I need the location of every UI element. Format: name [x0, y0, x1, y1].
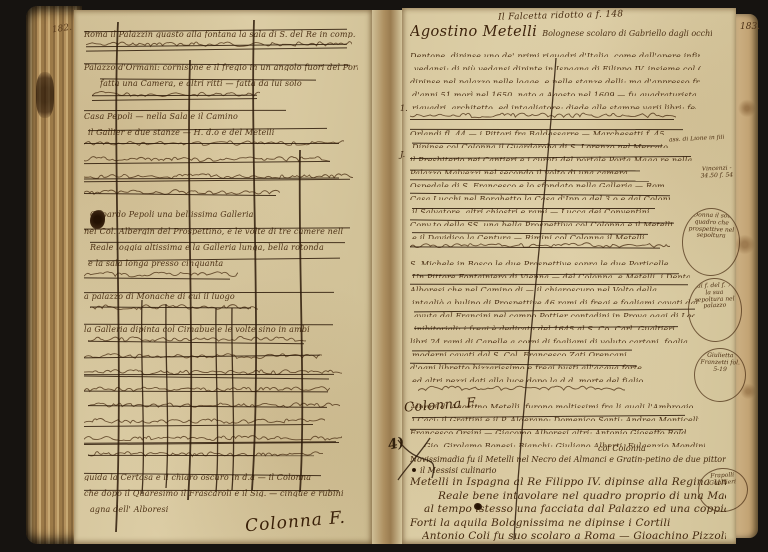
manuscript-line: ed altri pezzi dati alla luce dopo la d.… — [412, 369, 661, 382]
col-colonna-note: col Colonna — [598, 444, 646, 453]
manuscript-line — [410, 109, 676, 122]
manuscript-line: a palazzo di Monache di cui il luogo — [84, 284, 347, 300]
manuscript-line — [84, 383, 330, 399]
manuscript-line: che dopo il Quaresimo il Frascaroli e il… — [84, 481, 353, 497]
bottom-note-line: Novissimadia fu il Metelli nel Necro dei… — [410, 454, 726, 465]
bottom-note-line: Reale bene intavolare nel quadro proprio… — [438, 490, 726, 504]
strike-through-line — [84, 292, 334, 294]
illegible-script-scribble — [88, 448, 323, 459]
strike-through-line — [84, 143, 339, 144]
book-gutter — [372, 10, 402, 544]
manuscript-line: fatta una Camera, e altri ritti — fatta … — [100, 71, 330, 87]
bottom-note-line: Antonio Coli fu suo scolaro a Roma — Gio… — [422, 530, 726, 544]
manuscript-line — [84, 137, 344, 153]
manuscript-line — [88, 399, 340, 415]
left-page: 182. Roma il Palazzin guasto alla fontan… — [74, 10, 372, 544]
manuscript-line — [84, 153, 330, 169]
manuscript-line: Orlandi fl. 44 — i Pittori fra Baldassar… — [410, 122, 691, 135]
manuscript-line: Conv.to della SS. una bella Prospettiva … — [410, 213, 682, 226]
book-right-edge — [736, 14, 758, 538]
ink-dot — [412, 468, 416, 472]
manuscript-photo: 182. Roma il Palazzin guasto alla fontan… — [0, 0, 768, 552]
manuscript-line: il Salvatore, altri chiostri e rami — Lu… — [412, 200, 655, 213]
manuscript-line: S. Michele in Bosco le due Prospettive s… — [410, 252, 676, 265]
manuscript-line: Palazzo d'Ormani: cornisone e il fregio … — [84, 55, 358, 71]
manuscript-line: Casa Lucchi nel Borghetto la Casa d'Ipp.… — [410, 187, 670, 200]
line-number-mark: J. — [400, 150, 405, 159]
manuscript-line: Ospedale di S. Francesco e lo sfondato n… — [410, 174, 665, 187]
illegible-script-scribble — [92, 88, 260, 99]
manuscript-line: riquadri, architetto, ed intagliatore; d… — [412, 96, 696, 109]
manuscript-line: e il Davidico la Centura — Rimini col Co… — [412, 226, 661, 239]
ink-stain-fore-edge — [36, 72, 54, 118]
manuscript-line — [84, 350, 322, 366]
manuscript-line: Un Pittore Fontainiero di Vienna — del C… — [412, 265, 690, 278]
manuscript-line: Odoardo Pepoli una bellissima Galleria — [90, 202, 264, 218]
manuscript-line: Dentone, dipinse uno de' primi riquadri … — [410, 44, 700, 57]
manuscript-line: il Presbiterio nei Cantieri e i curati d… — [410, 148, 694, 161]
right-page: Il Falcetta ridotto a f. 148 Agostino Me… — [402, 8, 736, 544]
manuscript-line — [84, 170, 353, 186]
manuscript-line: libri 24 rami di Capelle a corni di fogl… — [410, 330, 688, 343]
right-page-heading-row: Agostino MetelliBolognese scolaro di Gab… — [410, 21, 712, 40]
manuscript-line: Dipinse col Colonna il Guardaroba di S. … — [412, 135, 672, 148]
left-page-lines: Roma il Palazzin guasto alla fontana la … — [84, 22, 364, 514]
manuscript-line: vedansi; di più vedansi dipinte in Ispag… — [414, 57, 701, 70]
manuscript-line: Casa Pepoli — nella Sala e il Camino — [84, 104, 294, 120]
manuscript-line — [84, 415, 325, 431]
manuscript-line — [92, 88, 260, 104]
ink-blot — [90, 210, 105, 229]
manuscript-line: moderni cavati dal S. Col. Francesco Zat… — [412, 343, 637, 356]
bottom-note-line: Metelli in Ispagna al Re Filippo IV. dip… — [410, 476, 726, 490]
manuscript-line: Palazzo Malvezzi nel secondo il volto di… — [410, 161, 647, 174]
manuscript-line: d'ogni libretto bizzarissimo e fregi bus… — [410, 356, 647, 369]
manuscript-line — [84, 186, 280, 202]
right-corner-folio-number: 183. — [740, 22, 760, 32]
manuscript-line: dipinse nel palazzo nelle logge, e nelle… — [410, 70, 700, 83]
manuscript-line: Alboresi che nel Camino di — il chiarosc… — [410, 278, 694, 291]
bottom-note-line: il Messisi culinario — [420, 465, 726, 476]
strike-through-line — [84, 489, 339, 491]
manuscript-line — [86, 38, 352, 54]
manuscript-line: Roma il Palazzin guasto alla fontana la … — [84, 22, 356, 38]
illegible-script-scribble — [418, 382, 625, 393]
manuscript-line — [84, 432, 342, 448]
manuscript-line — [84, 366, 342, 382]
right-page-bottom-block: Novissimadia fu il Metelli nel Necro dei… — [410, 454, 726, 544]
page-heading: Agostino Metelli — [410, 24, 537, 40]
manuscript-line — [88, 333, 306, 349]
manuscript-line — [90, 301, 258, 317]
margin-mark: 4) — [387, 434, 406, 453]
manuscript-line — [88, 448, 323, 464]
manuscript-line: guida la Certosa e il chiaro oscuro in d… — [84, 465, 336, 481]
manuscript-line — [410, 239, 670, 252]
bottom-note-line: Forti la aquila Bolognissima ne dipinse … — [410, 517, 726, 531]
bottom-note-line: al tempo istesso una facciata dal Palazz… — [424, 503, 726, 517]
manuscript-line: la Galleria dipinta col Cimabue e le vol… — [84, 317, 336, 333]
manuscript-line: il Gallier e due stanze — H. d.o e del M… — [88, 120, 340, 136]
manuscript-line: avuta dal Francini nel campo Pottier con… — [414, 304, 695, 317]
page-heading-continuation: Bolognese scolaro di Gabriello dagli occ… — [542, 29, 712, 38]
manuscript-line: d'anni 51 morì nel 1650, nato a Agosto n… — [412, 83, 699, 96]
strike-through-line — [410, 119, 674, 120]
ink-blot — [474, 503, 482, 510]
manuscript-line: e la sala longa presso cinquanta — [88, 251, 346, 267]
manuscript-line: agna dell' Alboresi — [90, 497, 202, 513]
line-number-mark: 1. — [400, 104, 408, 113]
right-page-lines: Dentone, dipinse uno de' primi riquadri … — [410, 44, 706, 447]
margin-annotation: Vincenzi - 34.50 f. 54 — [694, 165, 741, 189]
strike-through-line — [412, 208, 655, 209]
manuscript-line: intagliò a bulino di Prospettive 46 rami… — [412, 291, 699, 304]
manuscript-line: Francesco Orsini — Giacomo Alboresi altr… — [410, 421, 694, 434]
strike-through-line — [84, 373, 334, 375]
manuscript-line: Reale loggia altissima e la Galleria lun… — [90, 235, 356, 251]
manuscript-line: nel Col. Albergin del Prospettino, e le … — [84, 219, 353, 235]
manuscript-line: Gio. Girolamo Bonesi; Bianchi; Giuliano … — [424, 434, 705, 447]
manuscript-line: inibitoriali: i fregi è dedicata del 164… — [414, 317, 680, 330]
manuscript-line — [418, 382, 625, 395]
manuscript-line — [84, 268, 238, 284]
strike-through-line — [84, 390, 328, 392]
